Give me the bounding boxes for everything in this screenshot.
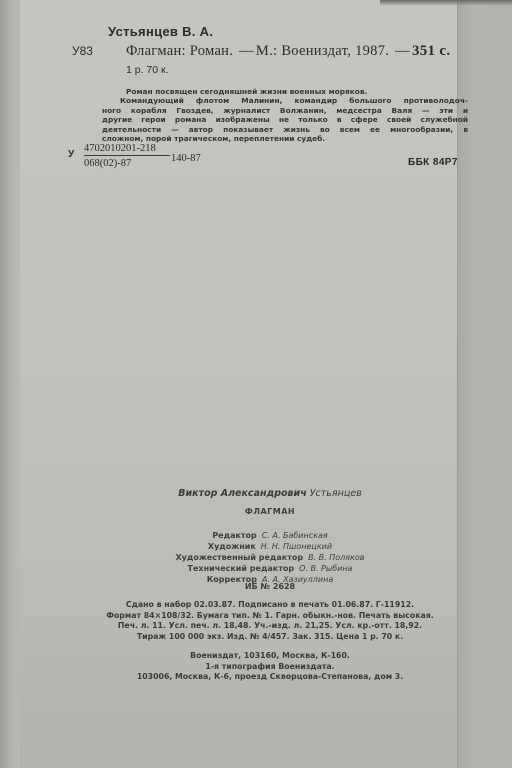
book-annotation: Роман посвящен сегодняшней жизни военных… <box>102 87 468 143</box>
author-surname: Устьянцев <box>310 488 362 499</box>
spec-line: Тираж 100 000 экз. Изд. № 4/457. Зак. 31… <box>70 632 470 643</box>
author-full-name: Виктор Александрович Устьянцев <box>60 488 480 499</box>
book-title: ФЛАГМАН <box>60 507 480 516</box>
annotation-line: Роман посвящен сегодняшней жизни военных… <box>102 87 468 96</box>
print-specifications: Сдано в набор 02.03.87. Подписано в печа… <box>70 600 470 642</box>
spec-line: Сдано в набор 02.03.87. Подписано в печа… <box>70 600 470 611</box>
annotation-line: деятельности — автор показывает жизнь во… <box>102 125 468 134</box>
credit-name: Н. Н. Пшонецкий <box>261 541 332 552</box>
annotation-line: Командующий флотом Малинин, командир бол… <box>102 96 468 105</box>
classification-sign: У <box>68 149 74 160</box>
annotation-line: ного корабля Гвоздев, журналист Волжанин… <box>102 106 468 115</box>
publisher-year: Воениздат, 1987. <box>281 43 389 59</box>
credit-name: В. В. Поляков <box>308 552 364 563</box>
credit-row: Художественный редактор В. В. Поляков <box>60 552 480 563</box>
credit-row: Художник Н. Н. Пшонецкий <box>60 541 480 552</box>
fraction-numerator: 4702010201-218 <box>84 143 170 156</box>
spec-line: Печ. л. 11. Усл. печ. л. 18,48. Уч.-изд.… <box>70 621 470 632</box>
annotation-line: другие герои романа изображены не только… <box>102 115 468 124</box>
author-name: Устьянцев В. А. <box>108 24 213 39</box>
page-shadow <box>380 0 512 6</box>
credit-role: Художественный редактор <box>175 552 303 563</box>
address-line: 103006, Москва, К-6, проезд Скворцова-Ст… <box>70 672 470 683</box>
address-line: Воениздат, 103160, Москва, К-160. <box>70 651 470 662</box>
credit-row: Редактор С. А. Бабинская <box>60 530 480 541</box>
publisher-address: Воениздат, 103160, Москва, К-160. 1-я ти… <box>70 651 470 683</box>
spec-line: Формат 84×108/32. Бумага тип. № 1. Гарн.… <box>70 611 470 622</box>
dash: — <box>395 43 410 59</box>
bbk-code: ББК 84Р7 <box>408 157 458 168</box>
ib-number: ИБ № 2628 <box>60 582 480 591</box>
book-gutter-left <box>0 0 20 768</box>
dash: — <box>239 43 254 59</box>
author-first-names: Виктор Александрович <box>178 488 306 499</box>
page-count: 351 с. <box>412 43 450 59</box>
bibliographic-title-line: Флагман: Роман. —М.: Воениздат, 1987. —3… <box>126 43 450 60</box>
credit-role: Технический редактор <box>188 563 295 574</box>
address-line: 1-я типография Воениздата. <box>70 662 470 673</box>
credits-list: Редактор С. А. Бабинская Художник Н. Н. … <box>60 530 480 585</box>
classification-fraction: 4702010201-218 068(02)-87 <box>84 143 170 169</box>
credit-row: Технический редактор О. В. Рыбина <box>60 563 480 574</box>
classification-tail: 140-87 <box>171 153 201 164</box>
credit-role: Художник <box>208 541 256 552</box>
fraction-denominator: 068(02)-87 <box>84 156 170 169</box>
credit-name: С. А. Бабинская <box>262 530 328 541</box>
udc-code: У83 <box>72 44 93 58</box>
book-title-short: Флагман: Роман. <box>126 43 233 59</box>
credit-role: Редактор <box>212 530 256 541</box>
publication-place: М.: <box>256 43 277 59</box>
credit-name: О. В. Рыбина <box>299 563 352 574</box>
price: 1 р. 70 к. <box>126 64 169 76</box>
